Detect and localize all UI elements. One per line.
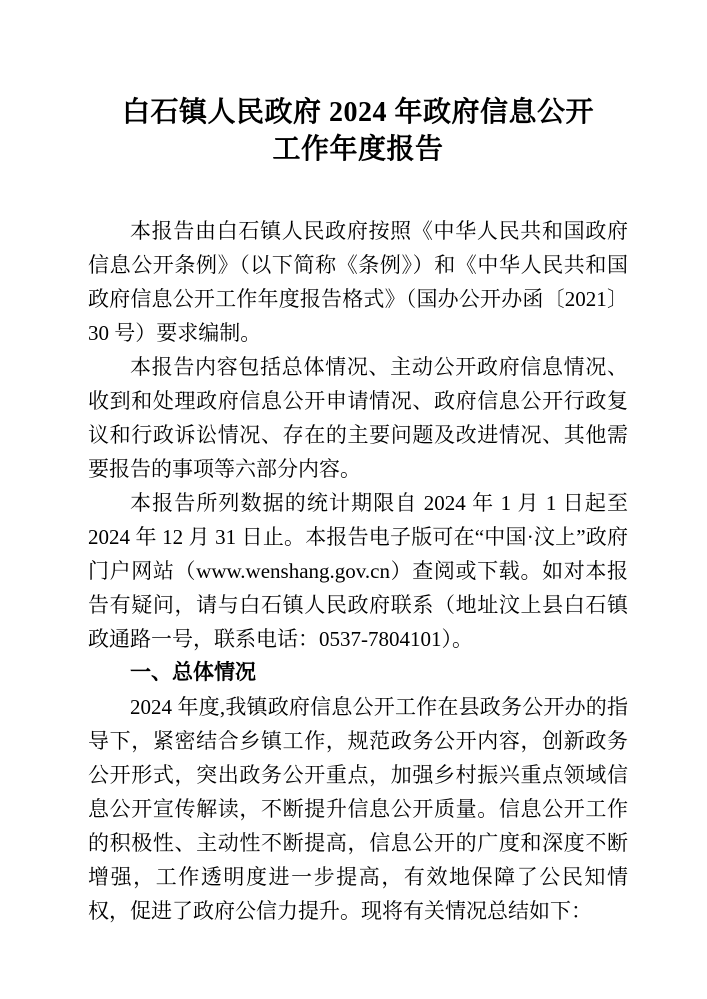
intro-paragraph-statistics-period-contact: 本报告所列数据的统计期限自 2024 年 1 月 1 日起至 2024 年 12… <box>88 486 628 656</box>
section-overall-situation-paragraph: 2024 年度,我镇政府信息公开工作在县政务公开办的指导下，紧密结合乡镇工作，规… <box>88 690 628 928</box>
intro-paragraph-report-contents: 本报告内容包括总体情况、主动公开政府信息情况、收到和处理政府信息公开申请情况、政… <box>88 350 628 486</box>
document-title: 白石镇人民政府 2024 年政府信息公开 工作年度报告 <box>88 94 628 168</box>
document-page: 白石镇人民政府 2024 年政府信息公开 工作年度报告 本报告由白石镇人民政府按… <box>0 0 707 999</box>
section-heading-overall-situation: 一、总体情况 <box>88 656 628 690</box>
title-line-1: 白石镇人民政府 2024 年政府信息公开 <box>88 94 628 131</box>
title-line-2: 工作年度报告 <box>88 131 628 168</box>
intro-paragraph-compilation-basis: 本报告由白石镇人民政府按照《中华人民共和国政府信息公开条例》（以下简称《条例》）… <box>88 214 628 350</box>
